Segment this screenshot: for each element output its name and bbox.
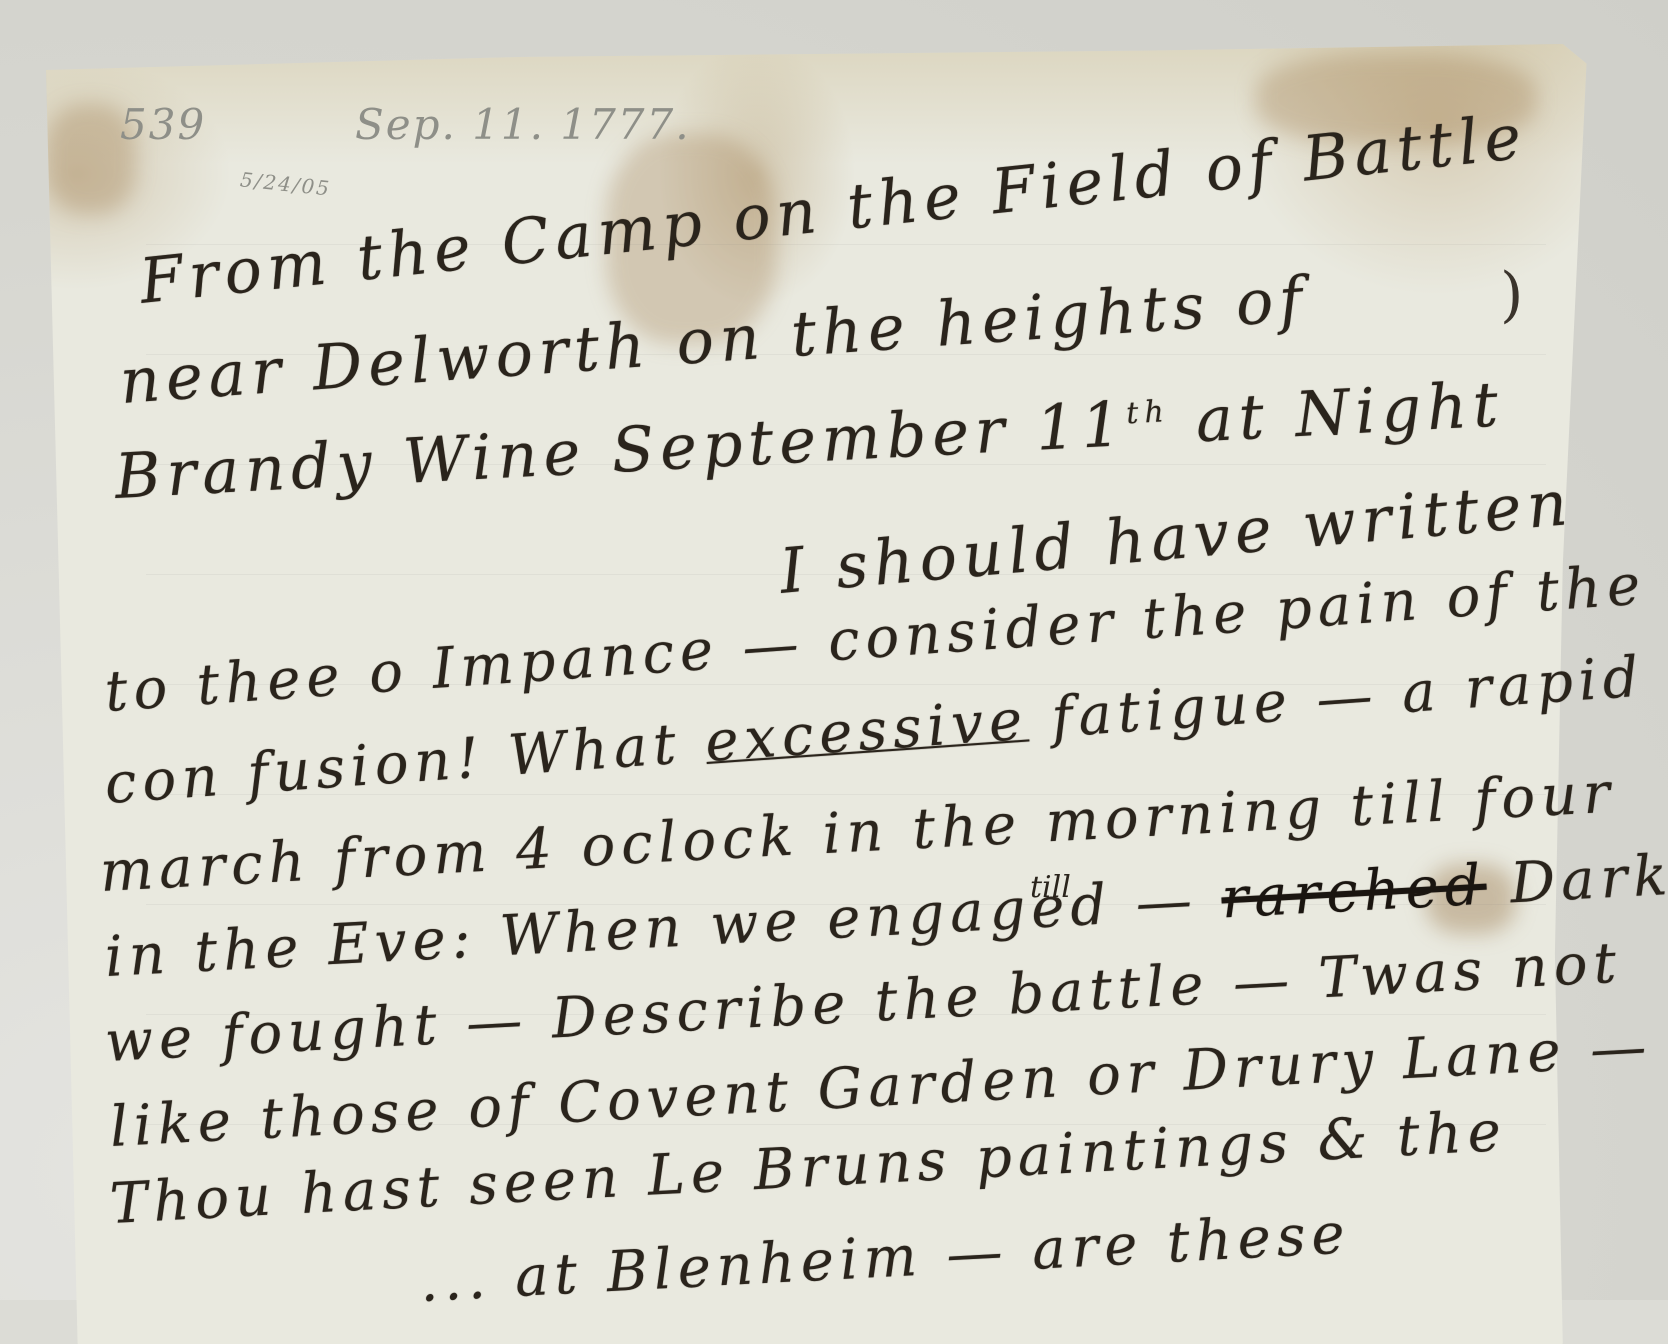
margin-bracket: ) — [1500, 260, 1523, 330]
body-line-5-end: Dark — [1509, 843, 1668, 916]
catalog-number-annotation: 539 — [120, 100, 206, 149]
struck-through-word: rarched — [1220, 853, 1488, 932]
heading-line-3-ordinal: th — [1125, 394, 1170, 431]
date-annotation: Sep. 11. 1777. — [355, 100, 691, 149]
